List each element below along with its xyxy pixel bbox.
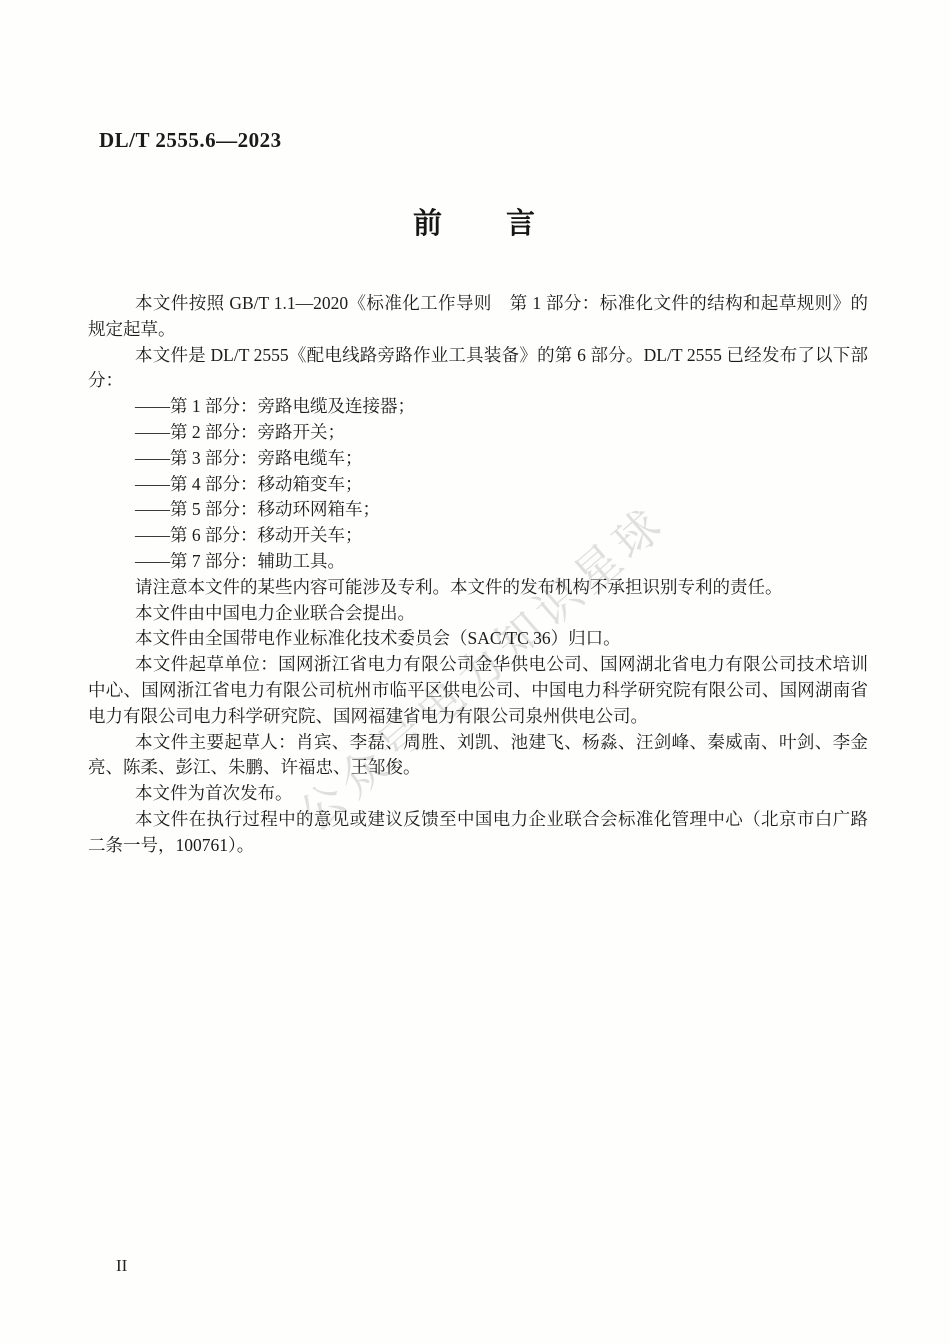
para-series-intro: 本文件是 DL/T 2555《配电线路旁路作业工具装备》的第 6 部分。DL/T… [88,343,868,395]
para-centralized-by: 本文件由全国带电作业标准化技术委员会（SAC/TC 36）归口。 [88,626,868,652]
para-patent-notice: 请注意本文件的某些内容可能涉及专利。本文件的发布机构不承担识别专利的责任。 [88,575,868,601]
para-first-issue: 本文件为首次发布。 [88,781,868,807]
para-drafting-units: 本文件起草单位：国网浙江省电力有限公司金华供电公司、国网湖北省电力有限公司技术培… [88,652,868,729]
list-item-part-7: ——第 7 部分：辅助工具。 [88,549,868,575]
para-proposer: 本文件由中国电力企业联合会提出。 [88,601,868,627]
list-item-part-3: ——第 3 部分：旁路电缆车； [88,446,868,472]
page-number: II [116,1256,127,1276]
page-title: 前 言 [0,201,950,242]
para-feedback: 本文件在执行过程中的意见或建议反馈至中国电力企业联合会标准化管理中心（北京市白广… [88,807,868,859]
para-drafters: 本文件主要起草人：肖宾、李磊、周胜、刘凯、池建飞、杨淼、汪剑峰、秦威南、叶剑、李… [88,730,868,782]
list-item-part-6: ——第 6 部分：移动开关车； [88,523,868,549]
foreword-body: 本文件按照 GB/T 1.1—2020《标准化工作导则 第 1 部分：标准化文件… [88,291,868,859]
document-page: 公众号电力知识星球 DL/T 2555.6—2023 前 言 本文件按照 GB/… [0,0,950,1344]
list-item-part-2: ——第 2 部分：旁路开关； [88,420,868,446]
para-drafting-basis: 本文件按照 GB/T 1.1—2020《标准化工作导则 第 1 部分：标准化文件… [88,291,868,343]
list-item-part-1: ——第 1 部分：旁路电缆及连接器； [88,394,868,420]
document-code: DL/T 2555.6—2023 [99,128,282,153]
list-item-part-5: ——第 5 部分：移动环网箱车； [88,497,868,523]
list-item-part-4: ——第 4 部分：移动箱变车； [88,472,868,498]
